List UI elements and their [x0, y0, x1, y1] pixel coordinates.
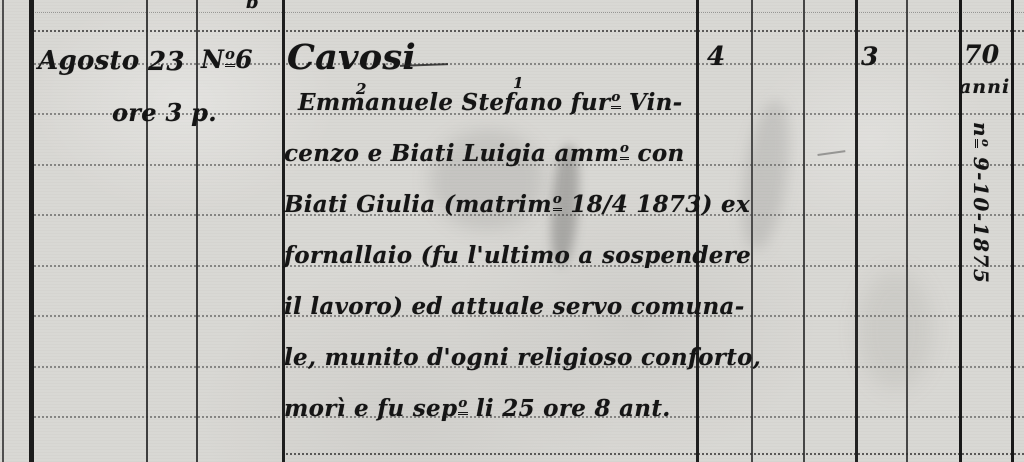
entry-body-line: cenzo e Biati Luigia ammo con	[284, 128, 708, 179]
tally-column-1-value: 4	[707, 42, 725, 72]
grid-vline	[1011, 0, 1014, 462]
pencil-mark	[817, 150, 846, 164]
entry-surname: Cavosi	[287, 37, 416, 78]
entry-body-line: Biati Giulia (matrimo 18/4 1873) ex	[284, 179, 708, 230]
grid-vline	[803, 0, 805, 462]
ruled-line	[30, 12, 1024, 13]
margin-note-rotated: no 9-10-1875	[969, 122, 993, 284]
entry-act-number: No6	[201, 45, 253, 74]
entry-body-line: il lavoro) ed attuale servo comuna-	[284, 281, 708, 332]
entry-body-line: fornallaio (fu l'ultimo a sospendere	[284, 230, 708, 281]
grid-vline	[2, 0, 4, 462]
tally-column-2-value: 3	[861, 42, 879, 71]
register-page: Agosto 23 No6 ore 3 p. b Cavosi 2 1 Emma…	[0, 0, 1024, 462]
entry-body-line: le, munito d'ogni religioso conforto,	[284, 332, 708, 383]
entry-body: Emmanuele Stefano furo Vin-cenzo e Biati…	[284, 77, 708, 434]
grid-vline	[959, 0, 962, 462]
surname-flourish-dash	[400, 63, 448, 67]
entry-body-line: Emmanuele Stefano furo Vin-	[284, 77, 708, 128]
ruled-line	[283, 453, 1024, 455]
age-unit: anni	[959, 76, 1010, 98]
age-value: 70	[964, 40, 999, 69]
grid-vline	[906, 0, 908, 462]
faint-stain	[858, 270, 933, 390]
grid-vline	[29, 0, 34, 462]
entry-day: 23	[148, 47, 185, 77]
grid-vline	[196, 0, 198, 462]
entry-time-note: ore 3 p.	[112, 98, 217, 127]
entry-body-line: morì e fu sepo li 25 ore 8 ant.	[284, 383, 708, 434]
pale-streak-stain	[735, 98, 797, 252]
entry-month: Agosto	[38, 46, 139, 76]
grid-vline	[751, 0, 753, 462]
stray-mark-from-row-above: b	[246, 0, 259, 13]
ruled-line	[30, 30, 1024, 32]
grid-vline	[855, 0, 858, 462]
